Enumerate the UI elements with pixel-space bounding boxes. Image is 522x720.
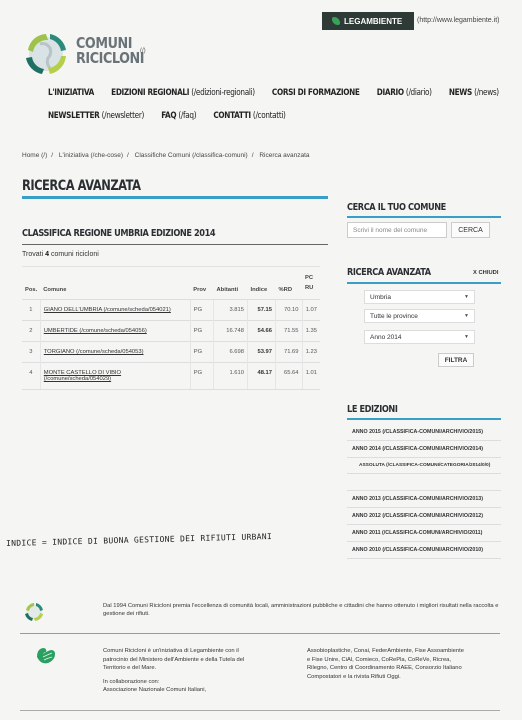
chevron-down-icon: ▼ [464,313,469,319]
table-row: 2UMBERTIDE (/comune/scheda/054056)PG16.7… [22,321,320,342]
cell-pcru: 1.35 [302,321,320,342]
advanced-search-title: RICERCA AVANZATA [347,267,431,278]
edition-link[interactable]: ANNO 2015 (/CLASSIFICA-COMUNI/ARCHIVIO/2… [347,424,501,441]
cell-rd: 70.10 [275,300,302,321]
footer-bottom-divider [20,710,500,711]
year-select-value: Anno 2014 [370,334,401,341]
nav-item-faq[interactable]: FAQ (/faq) [161,111,196,121]
nav-item-diario[interactable]: DIARIO (/diario) [377,88,432,98]
cell-rd: 71.69 [275,342,302,363]
breadcrumb-iniziativa[interactable]: L'iniziativa (/che-cose) [59,152,123,159]
cell-indice: 54.66 [247,321,275,342]
cell-abitanti: 3.815 [214,300,248,321]
comune-link[interactable]: MONTE CASTELLO DI VIBIO (/comune/scheda/… [44,370,121,382]
table-row: 4MONTE CASTELLO DI VIBIO (/comune/scheda… [22,363,320,390]
table-row: 1GIANO DELL'UMBRIA (/comune/scheda/05402… [22,300,320,321]
results-count-number: 4 [45,251,49,258]
footer-divider [20,633,500,634]
main-nav-row2: NEWSLETTER (/newsletter) FAQ (/faq) CONT… [48,111,286,121]
footer-collaboration: In collaborazione con: Associazione Nazi… [103,678,263,695]
cell-pos: 3 [22,342,40,363]
edition-link[interactable]: ANNO 2013 (/CLASSIFICA-COMUNI/ARCHIVIO/2… [347,491,501,508]
breadcrumb-classifiche[interactable]: Classifiche Comuni (/classifica-comuni) [135,152,248,159]
edition-link[interactable]: ANNO 2010 (/CLASSIFICA-COMUNI/ARCHIVIO/2… [347,542,501,559]
nav-label: DIARIO [377,88,404,98]
col-pos: Pos. [22,270,40,300]
handwritten-annotation: INDICE = INDICE DI BUONA GESTIONE DEI RI… [6,532,272,548]
nav-item-iniziativa[interactable]: L'INIZIATIVA [48,88,94,98]
nav-path: (/news) [474,88,499,98]
cell-pcru: 1.23 [302,342,320,363]
cell-pos: 1 [22,300,40,321]
nav-item-contatti[interactable]: CONTATTI (/contatti) [213,111,285,121]
chevron-down-icon: ▼ [464,294,469,300]
search-divider [347,216,501,218]
nav-label: NEWS [449,88,472,98]
cell-abitanti: 16.748 [214,321,248,342]
footer-about: Dal 1994 Comuni Ricicloni premia l'eccel… [103,602,503,618]
cell-pcru: 1.01 [302,363,320,390]
legambiente-link[interactable]: LEGAMBIENTE [322,12,414,30]
year-select[interactable]: Anno 2014 ▼ [364,330,475,344]
cell-pos: 4 [22,363,40,390]
nav-path: (/diario) [406,88,432,98]
results-divider [22,266,320,267]
col-indice: Indice [247,270,275,300]
cell-prov: PG [190,363,213,390]
footer-collab-label: In collaborazione con: [103,679,159,685]
footer-col-partners: Assobioplastiche, Conai, FederAmbiente, … [307,647,467,681]
cell-prov: PG [190,300,213,321]
brand-name[interactable]: COMUNI RICICLONI [76,36,144,66]
results-count: Trovati 4 comuni ricicloni [22,251,99,258]
nav-label: CORSI DI FORMAZIONE [272,88,360,98]
nav-label: NEWSLETTER [48,111,99,121]
comune-link[interactable]: TORGIANO (/comune/scheda/054053) [44,349,144,355]
comuni-ricicloni-footer-logo-icon [22,600,46,624]
brand-home-link[interactable]: (/) [140,48,146,54]
cell-comune: TORGIANO (/comune/scheda/054053) [40,342,190,363]
page-title: RICERCA AVANZATA [22,178,141,194]
province-select-value: Tutte le province [370,313,418,320]
edition-link[interactable]: ANNO 2014 (/CLASSIFICA-COMUNI/ARCHIVIO/2… [347,441,501,458]
comune-search-input[interactable] [347,222,447,238]
chevron-down-icon: ▼ [464,334,469,340]
cell-indice: 53.97 [247,342,275,363]
nav-label: FAQ [161,111,176,121]
footer-col-initiative: Comuni Ricicloni è un'iniziativa di Lega… [103,647,263,700]
nav-label: EDIZIONI REGIONALI [111,88,189,98]
cell-comune: UMBERTIDE (/comune/scheda/054056) [40,321,190,342]
results-table: Pos. Comune Prov Abitanti Indice %RD PC … [22,270,320,390]
cell-rd: 71.55 [275,321,302,342]
nav-path: (/edizioni-regionali) [191,88,254,98]
legambiente-swan-icon [35,645,57,665]
breadcrumb-current: Ricerca avanzata [259,152,309,159]
results-count-suffix: comuni ricicloni [51,251,99,258]
cell-abitanti: 6.698 [214,342,248,363]
region-select-value: Umbria [370,294,391,301]
cell-pcru: 1.07 [302,300,320,321]
cell-indice: 57.15 [247,300,275,321]
nav-path: (/faq) [178,111,196,121]
breadcrumb-separator: / [252,152,254,159]
editions-divider [347,418,501,420]
cell-prov: PG [190,321,213,342]
col-abitanti: Abitanti [214,270,248,300]
comuni-ricicloni-logo-icon[interactable] [20,28,72,80]
nav-item-edizioni-regionali[interactable]: EDIZIONI REGIONALI (/edizioni-regionali) [111,88,255,98]
region-select[interactable]: Umbria ▼ [364,290,475,304]
table-row: 3TORGIANO (/comune/scheda/054053)PG6.698… [22,342,320,363]
edition-link[interactable]: ANNO 2012 (/CLASSIFICA-COMUNI/ARCHIVIO/2… [347,508,501,525]
breadcrumb-separator: / [127,152,129,159]
breadcrumb-home[interactable]: Home (/) [22,152,47,159]
comune-link[interactable]: GIANO DELL'UMBRIA (/comune/scheda/054021… [44,307,171,313]
nav-item-corsi[interactable]: CORSI DI FORMAZIONE [272,88,360,98]
nav-label: L'INIZIATIVA [48,88,94,98]
cell-indice: 48.17 [247,363,275,390]
editions-list-archive: ANNO 2013 (/CLASSIFICA-COMUNI/ARCHIVIO/2… [347,490,501,559]
breadcrumb: Home (/)/ L'iniziativa (/che-cose)/ Clas… [22,152,310,159]
table-header-row: Pos. Comune Prov Abitanti Indice %RD PC … [22,270,320,300]
province-select[interactable]: Tutte le province ▼ [364,309,475,323]
cell-rd: 65.64 [275,363,302,390]
nav-label: CONTATTI [213,111,250,121]
legambiente-url[interactable]: (http://www.legambiente.it) [417,17,499,24]
cell-prov: PG [190,342,213,363]
nav-item-newsletter[interactable]: NEWSLETTER (/newsletter) [48,111,144,121]
nav-path: (/newsletter) [102,111,144,121]
edition-link[interactable]: ANNO 2011 (/CLASSIFICA-COMUNI/ARCHIVIO/2… [347,525,501,542]
footer-initiative-text: Comuni Ricicloni è un'iniziativa di Lega… [103,647,263,673]
section-title: CLASSIFICA REGIONE UMBRIA EDIZIONE 2014 [22,228,215,239]
col-comune: Comune [40,270,190,300]
results-count-prefix: Trovati [22,251,43,258]
brand-line2: RICICLONI [76,51,144,66]
main-nav-row1: L'INIZIATIVA EDIZIONI REGIONALI (/edizio… [48,88,499,98]
legambiente-leaf-icon [332,17,340,25]
advanced-search-divider [347,282,501,284]
cell-abitanti: 1.610 [214,363,248,390]
nav-path: (/contatti) [253,111,286,121]
comune-link[interactable]: UMBERTIDE (/comune/scheda/054056) [44,328,147,334]
editions-title: LE EDIZIONI [347,404,398,415]
cell-pos: 2 [22,321,40,342]
search-title: CERCA IL TUO COMUNE [347,202,446,213]
nav-item-news[interactable]: NEWS (/news) [449,88,499,98]
cell-comune: MONTE CASTELLO DI VIBIO (/comune/scheda/… [40,363,190,390]
breadcrumb-separator: / [51,152,53,159]
edition-sublink[interactable]: ASSOLUTA (/CLASSIFICA-COMUNI/CATEGORIA/2… [347,458,501,474]
close-advanced-search-link[interactable]: X CHIUDI [473,270,498,276]
footer-collab-anci: Associazione Nazionale Comuni Italiani, [103,687,206,693]
col-prov: Prov [190,270,213,300]
legambiente-label: LEGAMBIENTE [344,17,402,26]
col-rd: %RD [275,270,302,300]
editions-list-current: ANNO 2015 (/CLASSIFICA-COMUNI/ARCHIVIO/2… [347,424,501,474]
title-divider [22,196,328,199]
col-pcru: PC RU [302,270,320,300]
search-button[interactable]: CERCA [451,222,490,238]
filter-button[interactable]: FILTRA [438,353,474,367]
cell-comune: GIANO DELL'UMBRIA (/comune/scheda/054021… [40,300,190,321]
section-divider [22,244,328,245]
